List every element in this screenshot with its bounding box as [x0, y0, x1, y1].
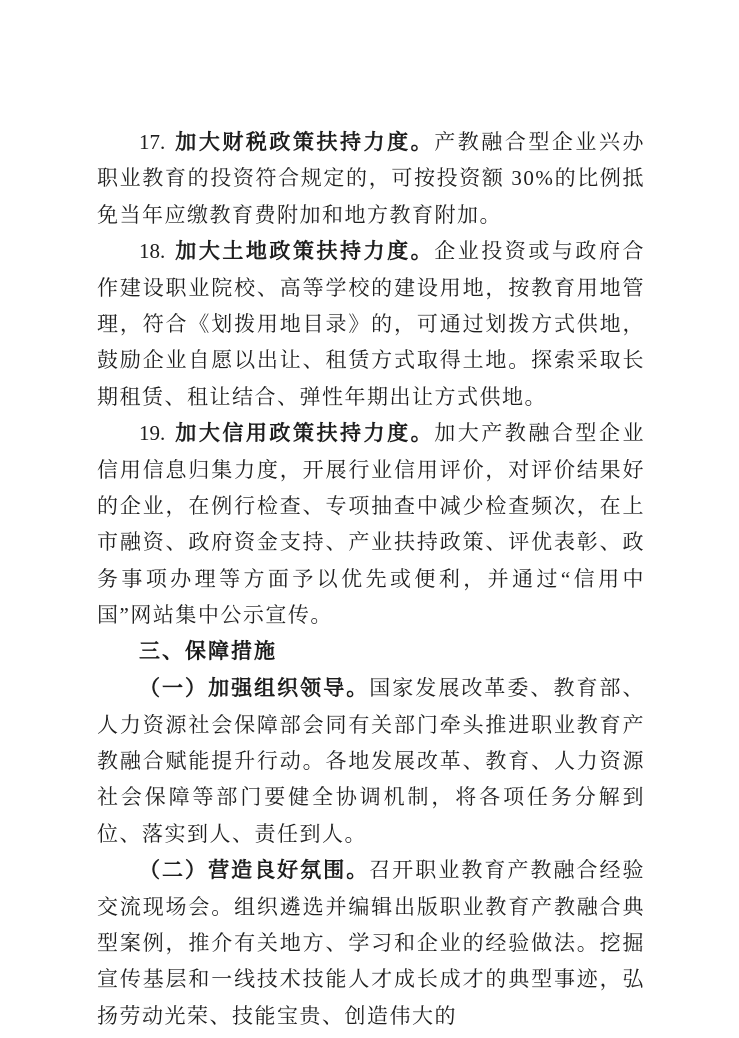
- paragraph-18: 18.加大土地政策扶持力度。企业投资或与政府合作建设职业院校、高等学校的建设用地…: [97, 233, 645, 415]
- paragraph-18-number: 18.: [139, 239, 165, 263]
- paragraph-sub-2: （二）营造良好氛围。召开职业教育产教融合经验交流现场会。组织遴选并编辑出版职业教…: [97, 852, 645, 1034]
- paragraph-sub-1-body: 国家发展改革委、教育部、人力资源社会保障部会同有关部门牵头推进职业教育产教融合赋…: [97, 676, 645, 846]
- paragraph-19-number: 19.: [139, 421, 165, 445]
- paragraph-sub-2-body: 召开职业教育产教融合经验交流现场会。组织遴选并编辑出版职业教育产教融合典型案例，…: [97, 858, 645, 1028]
- paragraph-18-body: 企业投资或与政府合作建设职业院校、高等学校的建设用地，按教育用地管理，符合《划拨…: [97, 239, 645, 409]
- paragraph-19: 19.加大信用政策扶持力度。加大产教融合型企业信用信息归集力度，开展行业信用评价…: [97, 415, 645, 633]
- paragraph-17-lead: 加大财税政策扶持力度。: [174, 130, 434, 154]
- section-heading: 三、保障措施: [97, 634, 645, 670]
- paragraph-19-lead: 加大信用政策扶持力度。: [174, 421, 434, 445]
- paragraph-17: 17.加大财税政策扶持力度。产教融合型企业兴办职业教育的投资符合规定的，可按投资…: [97, 124, 645, 233]
- document-content: 17.加大财税政策扶持力度。产教融合型企业兴办职业教育的投资符合规定的，可按投资…: [97, 124, 645, 1034]
- paragraph-sub-2-lead: （二）营造良好氛围。: [139, 858, 369, 882]
- paragraph-sub-1-lead: （一）加强组织领导。: [139, 676, 369, 700]
- paragraph-17-number: 17.: [139, 130, 165, 154]
- paragraph-sub-1: （一）加强组织领导。国家发展改革委、教育部、人力资源社会保障部会同有关部门牵头推…: [97, 670, 645, 852]
- document-page: 17.加大财税政策扶持力度。产教融合型企业兴办职业教育的投资符合规定的，可按投资…: [0, 0, 739, 1038]
- paragraph-19-body: 加大产教融合型企业信用信息归集力度，开展行业信用评价，对评价结果好的企业，在例行…: [97, 421, 645, 627]
- paragraph-18-lead: 加大土地政策扶持力度。: [174, 239, 434, 263]
